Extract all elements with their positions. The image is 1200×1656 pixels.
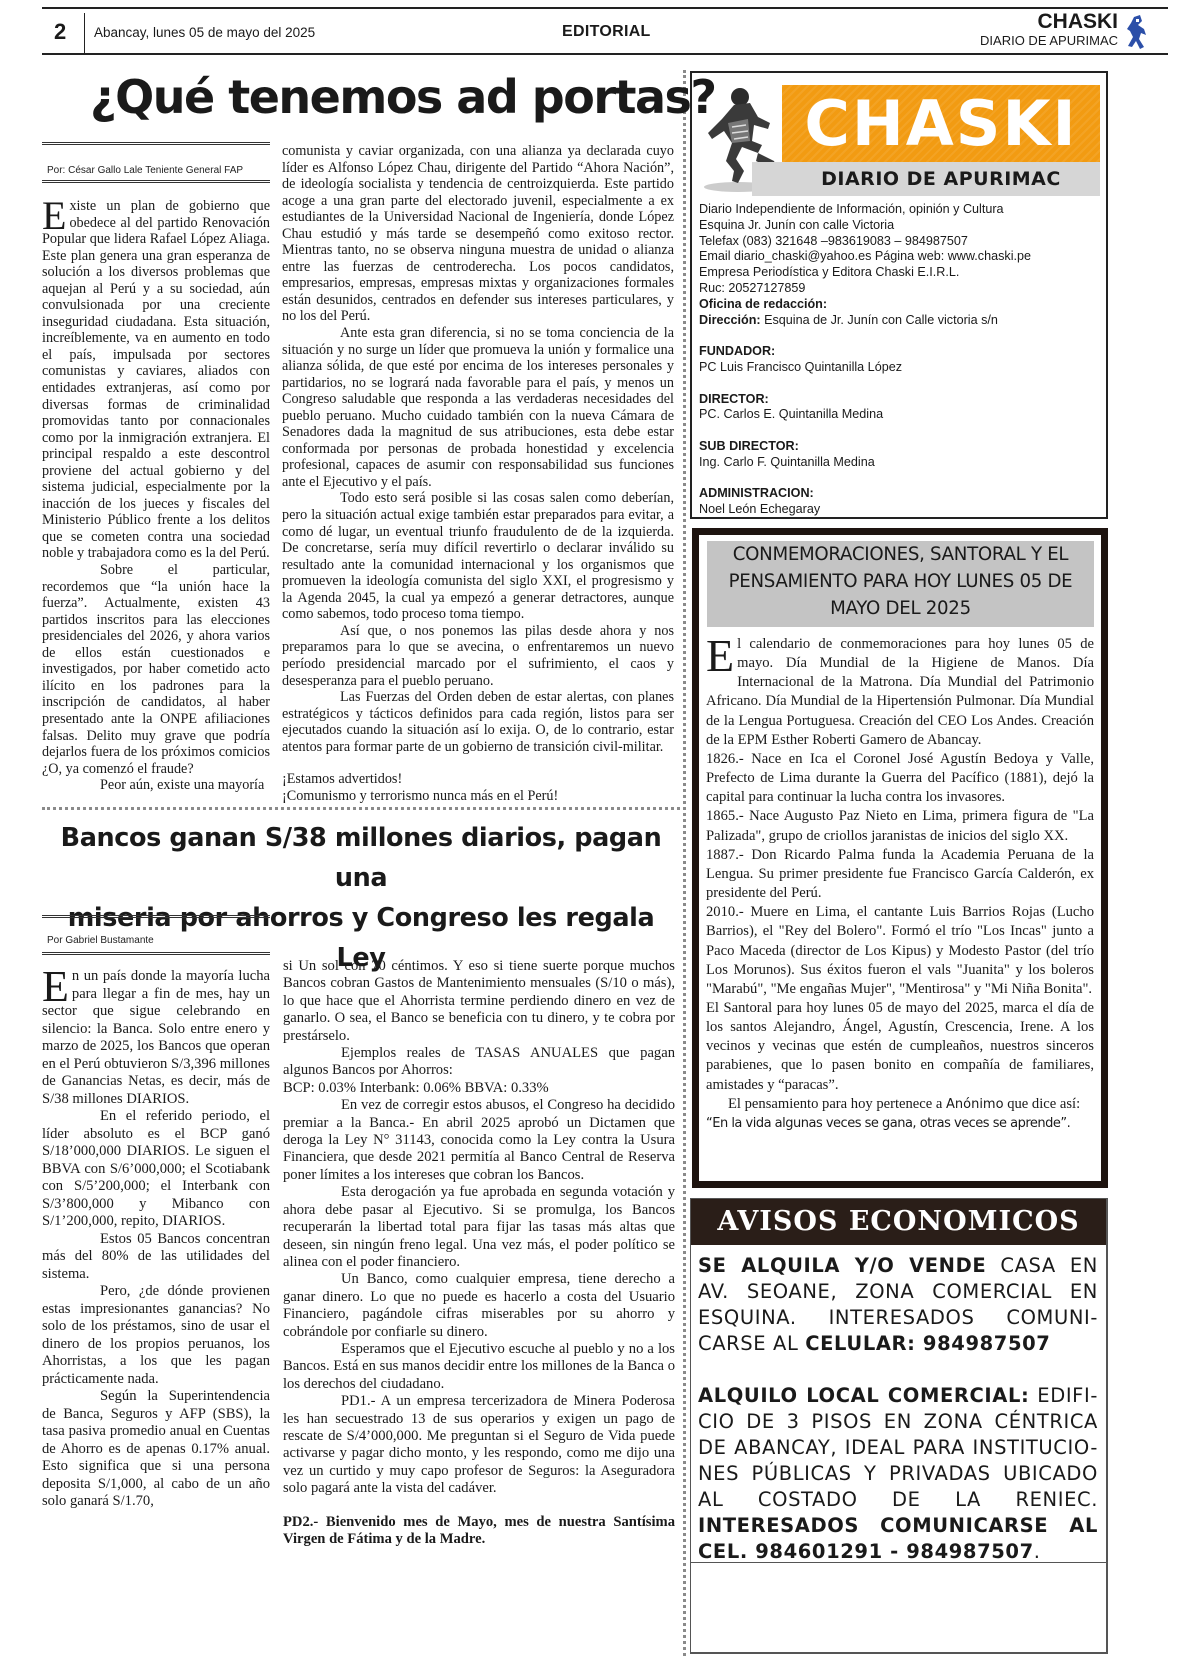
event-item: 1887.- Don Ricardo Palma funda la Academ… — [706, 846, 1094, 903]
thought-quote: “En la vida algunas veces se gana, otras… — [706, 1114, 1094, 1133]
paragraph: Estos 05 Bancos concentran más del 80% d… — [42, 1231, 270, 1284]
address-value: Esquina de Jr. Junín con Calle victoria … — [761, 313, 998, 327]
byline-rule — [42, 142, 270, 183]
drop-cap: E — [42, 970, 69, 1003]
chaski-runner-icon — [1124, 13, 1148, 53]
brand-name: CHASKI — [980, 11, 1118, 32]
ad-end: . — [1034, 1540, 1041, 1563]
logo-subtitle: DIARIO DE APURIMAC — [782, 162, 1100, 196]
staff-name: Ing. Carlo F. Quintanilla Medina — [699, 455, 1100, 471]
article-column-1: En un país donde la mayoría lucha para l… — [42, 968, 270, 1511]
thought-suffix: que dice así: — [1004, 1096, 1081, 1112]
staff-role: SUB DIRECTOR: — [699, 439, 799, 453]
postscript: PD2.- Bienvenido mes de Mayo, mes de nue… — [283, 1514, 675, 1549]
ad-lead: SE ALQUILA Y/O VENDE — [698, 1254, 986, 1277]
thought-intro: El pensamiento para hoy pertenece a — [728, 1096, 946, 1112]
paragraph: xiste un plan de gobierno que obedece al… — [42, 198, 270, 561]
office-label: Oficina de redacción: — [699, 297, 827, 311]
ad-lead: ALQUILO LOCAL COMERCIAL: — [698, 1384, 1029, 1407]
masthead-line: Diario Independiente de Información, opi… — [699, 202, 1100, 218]
classified-ad: ALQUILO LOCAL COMERCIAL: EDIFI-CIO DE 3 … — [698, 1383, 1098, 1565]
paragraph: Las Fuerzas del Orden deben de estar ale… — [282, 689, 674, 755]
paragraph: PD1.- A un empresa tercerizadora de Mine… — [283, 1393, 675, 1497]
paragraph: si Un sol con 70 céntimos. Y eso si tien… — [283, 958, 675, 1045]
paragraph: Pero, ¿de dónde provienen estas impresio… — [42, 1283, 270, 1388]
column-divider — [683, 70, 686, 1656]
paragraph: Según la Superintendencia de Banca, Segu… — [42, 1388, 270, 1511]
masthead-box: CHASKI DIARIO DE APURIMAC Diario Indepen… — [690, 71, 1108, 519]
staff-role: ADMINISTRACION: — [699, 486, 814, 500]
masthead-info: Diario Independiente de Información, opi… — [699, 202, 1100, 518]
thought-author: Anónimo — [946, 1097, 1004, 1112]
paragraph: comunista y caviar organizada, con una a… — [282, 143, 674, 325]
section-title: EDITORIAL — [562, 23, 651, 41]
staff-name: PC Luis Francisco Quintanilla López — [699, 360, 1100, 376]
paragraph: Todo esto será posible si las cosas sale… — [282, 490, 674, 622]
santoral: El Santoral para hoy lunes 05 de mayo de… — [706, 999, 1094, 1095]
paragraph: En vez de corregir estos abusos, el Cong… — [283, 1097, 675, 1184]
ad-contact: CELULAR: 984987507 — [805, 1332, 1050, 1355]
paragraph: l calendario de conmemoraciones para hoy… — [706, 636, 1094, 748]
drop-cap: E — [706, 638, 734, 674]
event-item: 2010.- Muere en Lima, el cantante Luis B… — [706, 903, 1094, 999]
paragraph: Un Banco, como cualquier empresa, tiene … — [283, 1271, 675, 1341]
article-column-2: comunista y caviar organizada, con una a… — [282, 143, 674, 804]
article-byline: Por Gabriel Bustamante — [47, 935, 154, 946]
classifieds-box: AVISOS ECONOMICOS SE ALQUILA Y/O VENDE C… — [690, 1198, 1108, 1654]
masthead-line: Empresa Periodística y Editora Chaski E.… — [699, 265, 1100, 281]
paragraph: Esperamos que el Ejecutivo escuche al pu… — [283, 1341, 675, 1393]
classified-ad: SE ALQUILA Y/O VENDE CASA EN AV. SEOANE,… — [698, 1253, 1098, 1357]
article-title: ¿Qué tenemos ad portas? — [90, 70, 716, 124]
header-brand: CHASKI DIARIO DE APURIMAC — [980, 11, 1118, 47]
conmemoraciones-heading: CONMEMORACIONES, SANTORAL Y EL PENSAMIEN… — [707, 541, 1094, 627]
article-column-2: si Un sol con 70 céntimos. Y eso si tien… — [283, 958, 675, 1548]
brand-subtitle: DIARIO DE APURIMAC — [980, 34, 1118, 47]
paragraph: Peor aún, existe una mayoría — [42, 777, 270, 794]
masthead-line: Esquina Jr. Junín con calle Victoria — [699, 218, 1100, 234]
address-label: Dirección: — [699, 313, 761, 327]
masthead-line: Telefax (083) 321648 –983619083 – 984987… — [699, 234, 1100, 250]
paragraph: En el referido periodo, el líder absolut… — [42, 1108, 270, 1231]
rates-line: BCP: 0.03% Interbank: 0.06% BBVA: 0.33% — [283, 1080, 675, 1097]
staff-name: Noel León Echegaray — [699, 502, 1100, 518]
issue-date: Abancay, lunes 05 de mayo del 2025 — [94, 25, 315, 40]
logo-subtitle-band: DIARIO DE APURIMAC — [752, 162, 1100, 196]
header-divider — [84, 13, 85, 53]
staff-role: FUNDADOR: — [699, 344, 775, 358]
classifieds-title: AVISOS ECONOMICOS — [691, 1199, 1106, 1245]
page-header: 2 Abancay, lunes 05 de mayo del 2025 EDI… — [42, 7, 1168, 55]
paragraph: Así que, o nos ponemos las pilas desde a… — [282, 623, 674, 689]
paragraph: Ejemplos reales de TASAS ANUALES que pag… — [283, 1045, 675, 1080]
page-number: 2 — [54, 19, 66, 45]
closing-line: ¡Estamos advertidos! — [282, 771, 674, 788]
paragraph: Ante esta gran diferencia, si no se toma… — [282, 325, 674, 490]
drop-cap: E — [42, 200, 66, 231]
conmemoraciones-box: CONMEMORACIONES, SANTORAL Y EL PENSAMIEN… — [692, 528, 1108, 1188]
staff-name: PC. Carlos E. Quintanilla Medina — [699, 407, 1100, 423]
conmemoraciones-body: El calendario de conmemoraciones para ho… — [706, 635, 1094, 1133]
paragraph: Esta derogación ya fue aprobada en segun… — [283, 1184, 675, 1271]
logo-word: CHASKI — [782, 85, 1100, 162]
article-divider — [42, 807, 680, 810]
event-item: 1865.- Nace Augusto Paz Nieto en Lima, p… — [706, 807, 1094, 845]
logo-banner: CHASKI — [782, 85, 1100, 162]
masthead-line: Email diario_chaski@yahoo.es Página web:… — [699, 249, 1100, 265]
article-byline: Por: César Gallo Lale Teniente General F… — [47, 165, 243, 176]
article-column-1: Existe un plan de gobierno que obedece a… — [42, 198, 270, 794]
title-line: Bancos ganan S/38 millones diarios, paga… — [42, 818, 680, 898]
paragraph: Sobre el particular, recordemos que “la … — [42, 562, 270, 777]
masthead-line: Ruc: 20527127859 — [699, 281, 1100, 297]
event-item: 1826.- Nace en Ica el Coronel José Agust… — [706, 750, 1094, 807]
staff-role: DIRECTOR: — [699, 392, 769, 406]
closing-line: ¡Comunismo y terrorismo nunca más en el … — [282, 788, 674, 805]
paragraph: n un país donde la mayoría lucha para ll… — [42, 968, 270, 1107]
